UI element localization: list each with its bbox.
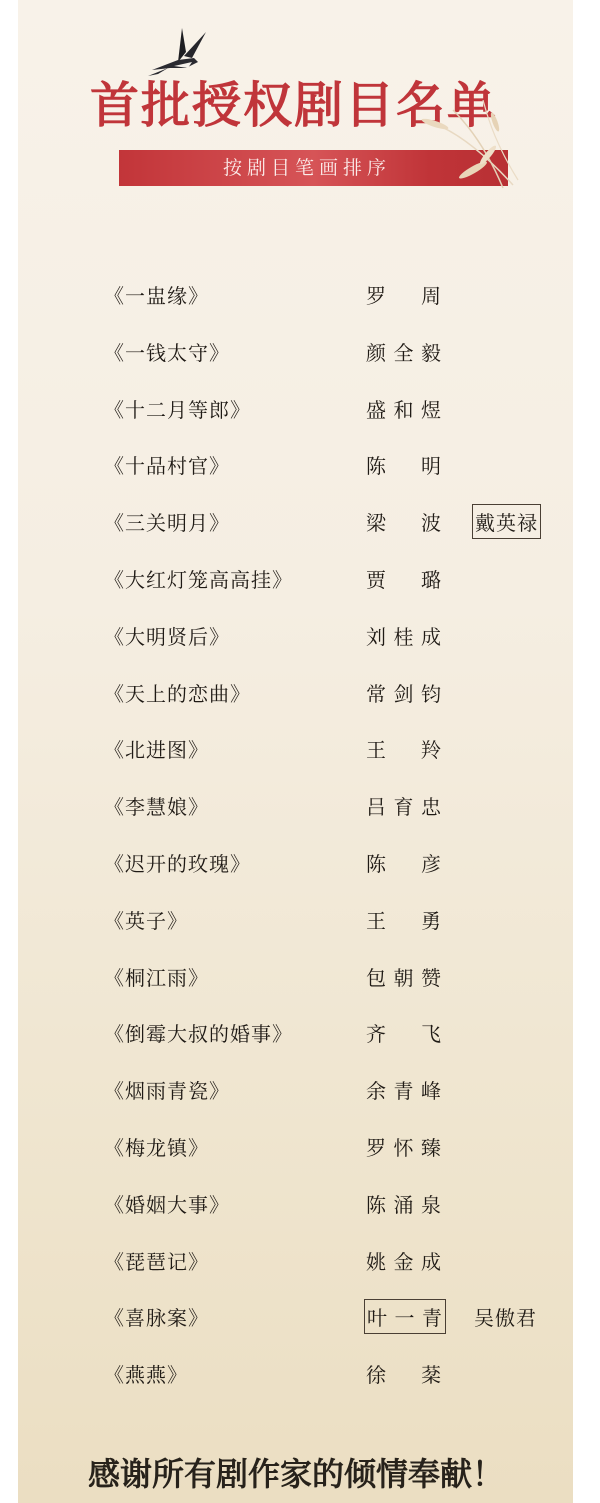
play-title: 《桐江雨》 — [104, 962, 209, 991]
play-row: 《十二月等郎》 盛和煜 — [18, 384, 573, 441]
play-author: 王 羚 — [366, 734, 442, 763]
play-row: 《十品村官》 陈 明 — [18, 440, 573, 497]
play-author: 姚金成 — [366, 1246, 442, 1275]
play-author: 余青峰 — [366, 1075, 442, 1104]
play-author: 颜全毅 — [366, 337, 442, 366]
play-author: 梁 波 — [366, 507, 442, 536]
play-author: 贾 璐 — [366, 564, 442, 593]
play-row: 《一盅缘》 罗 周 — [18, 270, 573, 327]
play-title: 《天上的恋曲》 — [104, 678, 251, 707]
play-author: 陈 彦 — [366, 848, 442, 877]
play-author: 陈涌泉 — [366, 1189, 442, 1218]
play-author: 常剑钧 — [366, 678, 442, 707]
reed-decoration-icon — [413, 100, 523, 190]
play-row: 《烟雨青瓷》 余青峰 — [18, 1065, 573, 1122]
play-title: 《英子》 — [104, 905, 188, 934]
play-row: 《一钱太守》 颜全毅 — [18, 327, 573, 384]
play-row: 《天上的恋曲》 常剑钧 — [18, 668, 573, 725]
banner-subtitle: 按剧目笔画排序 — [223, 150, 391, 186]
play-title: 《大明贤后》 — [104, 621, 230, 650]
play-row: 《英子》 王 勇 — [18, 895, 573, 952]
play-row: 《梅龙镇》 罗怀臻 — [18, 1122, 573, 1179]
play-row: 《琵琶记》 姚金成 — [18, 1236, 573, 1293]
play-author: 吕育忠 — [366, 791, 442, 820]
play-title: 《琵琶记》 — [104, 1246, 209, 1275]
play-row: 《三关明月》 梁 波 戴英禄 — [18, 497, 573, 554]
play-title: 《迟开的玫瑰》 — [104, 848, 251, 877]
play-row: 《喜脉案》 叶一青 吴傲君 — [18, 1292, 573, 1349]
swallow-icon — [148, 26, 210, 78]
play-author: 刘桂成 — [366, 621, 442, 650]
play-author: 徐 棻 — [366, 1359, 442, 1388]
play-row: 《婚姻大事》 陈涌泉 — [18, 1179, 573, 1236]
play-title: 《十二月等郎》 — [104, 394, 251, 423]
play-row: 《大红灯笼高高挂》 贾 璐 — [18, 554, 573, 611]
play-row: 《李慧娘》 吕育忠 — [18, 781, 573, 838]
play-title: 《三关明月》 — [104, 507, 230, 536]
co-author-boxed: 戴英禄 — [472, 504, 541, 539]
play-title: 《一钱太守》 — [104, 337, 230, 366]
play-title: 《李慧娘》 — [104, 791, 209, 820]
play-title: 《十品村官》 — [104, 450, 230, 479]
thanks-footer: 感谢所有剧作家的倾情奉献！ — [88, 1452, 568, 1496]
play-author: 罗怀臻 — [366, 1132, 442, 1161]
play-row: 《北进图》 王 羚 — [18, 724, 573, 781]
play-author-boxed: 叶一青 — [364, 1299, 446, 1334]
play-title: 《烟雨青瓷》 — [104, 1075, 230, 1104]
play-title: 《北进图》 — [104, 734, 209, 763]
play-author: 包朝赞 — [366, 962, 442, 991]
play-title: 《倒霉大叔的婚事》 — [104, 1018, 293, 1047]
play-title: 《大红灯笼高高挂》 — [104, 564, 293, 593]
play-row: 《桐江雨》 包朝赞 — [18, 952, 573, 1009]
co-author: 吴傲君 — [474, 1302, 537, 1331]
play-author: 陈 明 — [366, 450, 442, 479]
play-author: 盛和煜 — [366, 394, 442, 423]
play-author: 王 勇 — [366, 905, 442, 934]
play-row: 《燕燕》 徐 棻 — [18, 1349, 573, 1406]
play-title: 《梅龙镇》 — [104, 1132, 209, 1161]
play-author: 罗 周 — [366, 280, 442, 309]
play-list: 《一盅缘》 罗 周 《一钱太守》 颜全毅 《十二月等郎》 盛和煜 《十品村官》 … — [18, 270, 573, 1406]
play-title: 《婚姻大事》 — [104, 1189, 230, 1218]
play-row: 《倒霉大叔的婚事》 齐 飞 — [18, 1008, 573, 1065]
play-title: 《一盅缘》 — [104, 280, 209, 309]
play-row: 《迟开的玫瑰》 陈 彦 — [18, 838, 573, 895]
poster-card: 首批授权剧目名单 按剧目笔画排序 《一盅缘》 罗 周 《一钱太守》 颜全毅 《十… — [18, 0, 573, 1503]
play-title: 《喜脉案》 — [104, 1302, 209, 1331]
play-author: 齐 飞 — [366, 1018, 442, 1047]
play-title: 《燕燕》 — [104, 1359, 188, 1388]
play-row: 《大明贤后》 刘桂成 — [18, 611, 573, 668]
